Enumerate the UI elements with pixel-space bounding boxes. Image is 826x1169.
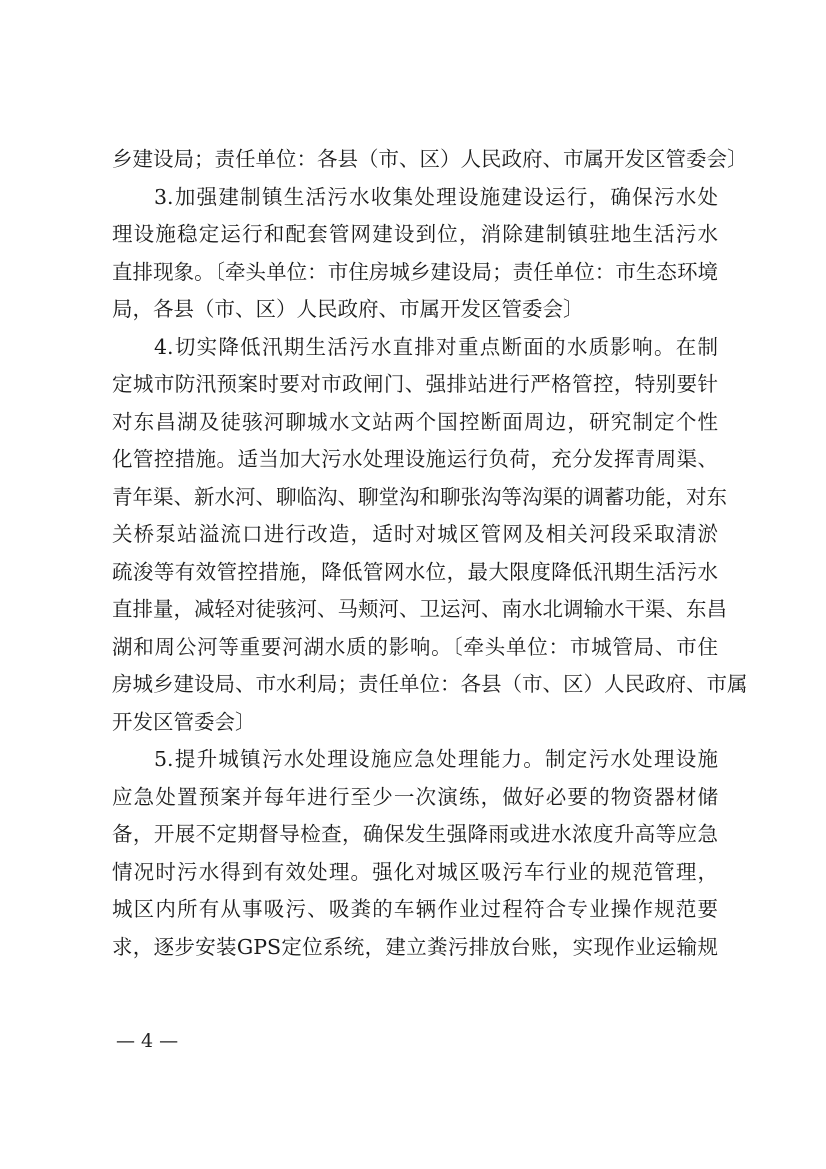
text-line: 直排现象。〔牵头单位：市住房城乡建设局；责任单位：市生态环境: [112, 254, 718, 292]
text-line: 求，逐步安装GPS定位系统，建立粪污排放台账，实现作业运输规: [112, 929, 718, 967]
text-line: 直排量，减轻对徒骇河、马颊河、卫运河、南水北调输水干渠、东昌: [112, 591, 718, 629]
page-number: — 4 —: [116, 1026, 178, 1056]
text-line: 乡建设局；责任单位：各县（市、区）人民政府、市属开发区管委会〕: [112, 141, 718, 179]
text-line: 化管控措施。适当加大污水处理设施运行负荷，充分发挥青周渠、: [112, 441, 718, 479]
document-body: 乡建设局；责任单位：各县（市、区）人民政府、市属开发区管委会〕3.加强建制镇生活…: [112, 141, 718, 966]
text-line: 开发区管委会〕: [112, 704, 718, 742]
document-page: 乡建设局；责任单位：各县（市、区）人民政府、市属开发区管委会〕3.加强建制镇生活…: [0, 0, 826, 1169]
text-line: 对东昌湖及徒骇河聊城水文站两个国控断面周边，研究制定个性: [112, 404, 718, 442]
text-line: 应急处置预案并每年进行至少一次演练，做好必要的物资器材储: [112, 779, 718, 817]
text-line: 疏浚等有效管控措施，降低管网水位，最大限度降低汛期生活污水: [112, 554, 718, 592]
text-line: 4.切实降低汛期生活污水直排对重点断面的水质影响。在制: [112, 329, 718, 367]
text-line: 关桥泵站溢流口进行改造，适时对城区管网及相关河段采取清淤: [112, 516, 718, 554]
text-line: 备，开展不定期督导检查，确保发生强降雨或进水浓度升高等应急: [112, 816, 718, 854]
text-line: 房城乡建设局、市水利局；责任单位：各县（市、区）人民政府、市属: [112, 666, 718, 704]
text-line: 湖和周公河等重要河湖水质的影响。〔牵头单位：市城管局、市住: [112, 629, 718, 667]
text-line: 城区内所有从事吸污、吸粪的车辆作业过程符合专业操作规范要: [112, 891, 718, 929]
text-line: 青年渠、新水河、聊临沟、聊堂沟和聊张沟等沟渠的调蓄功能，对东: [112, 479, 718, 517]
text-line: 理设施稳定运行和配套管网建设到位，消除建制镇驻地生活污水: [112, 216, 718, 254]
text-line: 情况时污水得到有效处理。强化对城区吸污车行业的规范管理，: [112, 854, 718, 892]
text-line: 局，各县（市、区）人民政府、市属开发区管委会〕: [112, 291, 718, 329]
text-line: 3.加强建制镇生活污水收集处理设施建设运行，确保污水处: [112, 179, 718, 217]
text-line: 定城市防汛预案时要对市政闸门、强排站进行严格管控，特别要针: [112, 366, 718, 404]
text-line: 5.提升城镇污水处理设施应急处理能力。制定污水处理设施: [112, 741, 718, 779]
